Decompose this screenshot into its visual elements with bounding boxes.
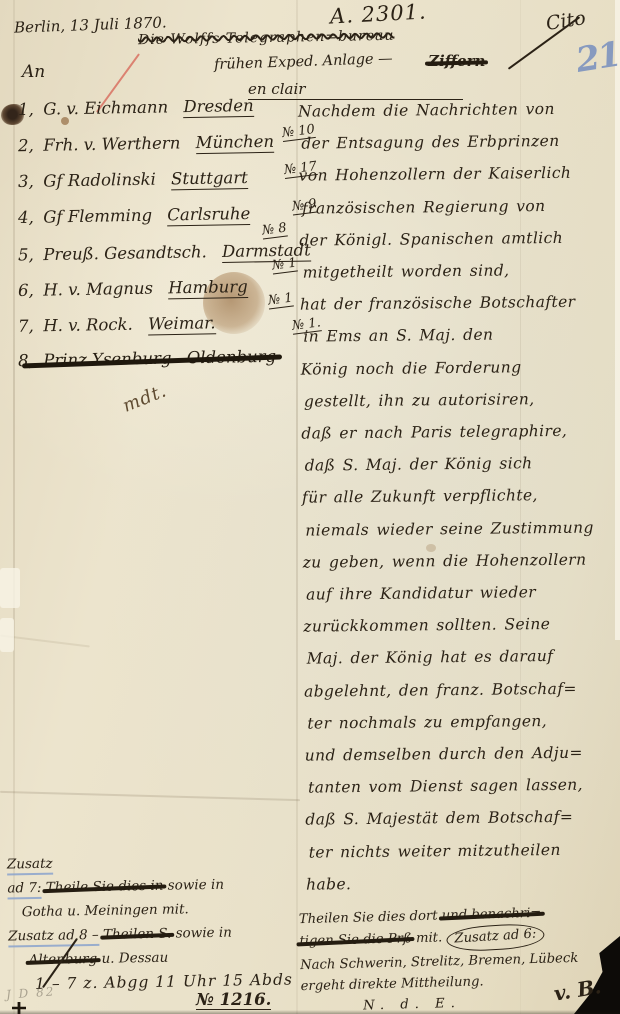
recipient-name: Gf Radolinski	[43, 170, 156, 191]
ad8-label: Zusatz ad 8 –	[8, 927, 99, 948]
dispatch-line: für alle Zukunft verpflichte,	[302, 479, 614, 514]
recipient-city: Dresden	[183, 96, 254, 118]
recipient-name: Frh. v. Werthern	[43, 133, 180, 154]
telegram-number: № 8	[261, 221, 287, 240]
dispatch-line: daß er nach Paris telegraphire,	[301, 414, 613, 449]
dispatch-line: und demselben durch den Adju=	[305, 736, 617, 771]
recipient-city: Hamburg	[168, 277, 248, 299]
horizontal-crease	[0, 791, 300, 801]
cito-slash-mark	[508, 16, 580, 69]
dispatch-line: tanten vom Dienst sagen lassen,	[308, 769, 617, 804]
dispatch-line: zu geben, wenn die Hohenzollern	[303, 543, 615, 578]
struck-address-line: Die Wolffs Telegraphen=bureau	[138, 28, 395, 48]
instruction-struck1: und benachri=	[442, 906, 542, 924]
recipient-index: 5,	[18, 245, 38, 264]
an-label: An	[22, 62, 45, 82]
telegram-number: № 1	[271, 256, 297, 275]
ad7-rest: sowie in	[168, 877, 225, 894]
dispatch-line: französischen Regierung von	[302, 189, 611, 224]
dispatch-line: Nachdem die Nachrichten von	[298, 92, 610, 127]
dispatch-line: hat der französische Botschafter	[300, 286, 612, 321]
recipient-index: 3,	[18, 172, 38, 191]
recipient-index: 6,	[18, 281, 38, 300]
dispatch-line: habe.	[306, 865, 618, 900]
recipient-index: 8,	[18, 351, 38, 370]
recipient-row: 7, H. v. Rock. Weimar.	[18, 313, 216, 335]
recipient-row: 4, Gf Flemming Carlsruhe	[18, 204, 251, 227]
recipient-name: Prinz Ysenburg	[43, 349, 172, 370]
ad8-rest2: u. Dessau	[101, 950, 168, 967]
telegram-number: № 1	[267, 291, 293, 310]
registry-number: A. 2301.	[329, 0, 427, 29]
instruction-text: Theilen Sie dies dort	[299, 909, 438, 928]
recipient-city: Carlsruhe	[167, 204, 250, 226]
dispatch-line: abgelehnt, den franz. Botschaf=	[304, 672, 616, 707]
ad7-label: ad 7:	[7, 880, 41, 900]
dispatch-line: zurückkommen sollten. Seine	[303, 608, 615, 643]
dispatch-line: Maj. der König hat es darauf	[307, 640, 616, 675]
recipient-index: 2,	[18, 136, 38, 155]
expedition-note: frühen Exped. Anlage —	[214, 51, 393, 73]
ad7-struck-text: Theile Sie dies in	[46, 878, 164, 896]
dispatch-line: der Entsagung des Erbprinzen	[301, 125, 610, 160]
recipient-row-struck: 8, Prinz Ysenburg Oldenburg	[18, 347, 276, 371]
chancellery-note: mdt.	[120, 380, 170, 417]
recipient-name: Gf Flemming	[43, 206, 152, 227]
recipient-name: H. v. Rock.	[43, 315, 133, 336]
recipient-city: Oldenburg	[187, 347, 277, 369]
dispatch-line: niemals wieder seine Zustimmung	[305, 511, 614, 546]
blue-folio-number: 212	[573, 31, 620, 81]
recipient-name: Preuß. Gesandtsch.	[43, 242, 207, 264]
dispatch-line: der Königl. Spanischen amtlich	[299, 221, 611, 256]
recipient-index: 1,	[18, 100, 38, 119]
dispatch-line: ter nochmals zu empfangen,	[307, 704, 616, 739]
dispatch-line: daß S. Majestät dem Botschaf=	[305, 801, 617, 836]
recipient-name: G. v. Eichmann	[43, 97, 168, 118]
dispatch-line: gestellt, ihn zu autorisiren,	[304, 382, 613, 417]
dispatch-line: auf ihre Kandidatur wieder	[306, 575, 615, 610]
ad8-struck-text: Theilen S.	[103, 926, 172, 943]
struck-word-ziffern: Ziffern	[428, 52, 485, 70]
instruction-struck2: tigen Sie die Prß	[299, 931, 412, 949]
recipient-index: 7,	[18, 316, 38, 335]
dispatch-line: mitgetheilt worden sind,	[302, 253, 611, 288]
additions-right-block: Theilen Sie dies dort und benachri= tige…	[299, 901, 620, 1014]
paper-patch	[0, 618, 14, 652]
recipient-city: Darmstadt	[222, 240, 311, 263]
recipient-city: München	[195, 132, 274, 154]
recipient-row: 5, Preuß. Gesandtsch. Darmstadt	[18, 240, 311, 264]
dispatch-line: in Ems an S. Maj. den	[303, 318, 612, 353]
manuscript-page: Berlin, 13 Juli 1870. A. 2301. Cito Die …	[0, 0, 620, 1014]
adjacent-sheet-edge	[615, 0, 620, 640]
ad8-rest: sowie in	[176, 925, 233, 942]
pencil-scribble: J D 82	[6, 984, 56, 1001]
dispatch-text-column: Nachdem die Nachrichten von der Entsagun…	[298, 92, 618, 900]
recipient-name: H. v. Magnus	[43, 279, 153, 300]
dispatch-line: König noch die Forderung	[300, 350, 612, 385]
recipient-row: 3, Gf Radolinski Stuttgart	[18, 168, 248, 191]
recipient-row: 2, Frh. v. Werthern München	[18, 132, 274, 155]
dispatch-line: von Hohenzollern der Kaiserlich	[298, 157, 610, 192]
recipient-city: Stuttgart	[171, 168, 248, 190]
dispatch-line: ter nichts weiter mitzutheilen	[309, 833, 618, 868]
paper-patch	[0, 568, 20, 608]
file-number: № 1216.	[196, 990, 271, 1010]
recipient-row: 6, H. v. Magnus Hamburg	[18, 277, 248, 300]
recipient-city: Weimar.	[148, 313, 216, 335]
cito-note: Cito	[545, 7, 588, 35]
dispatch-line: daß S. Maj. der König sich	[305, 447, 614, 482]
recipient-row: 1, G. v. Eichmann Dresden	[18, 96, 254, 119]
recipient-index: 4,	[18, 208, 38, 227]
instruction-mid: mit.	[416, 930, 443, 946]
